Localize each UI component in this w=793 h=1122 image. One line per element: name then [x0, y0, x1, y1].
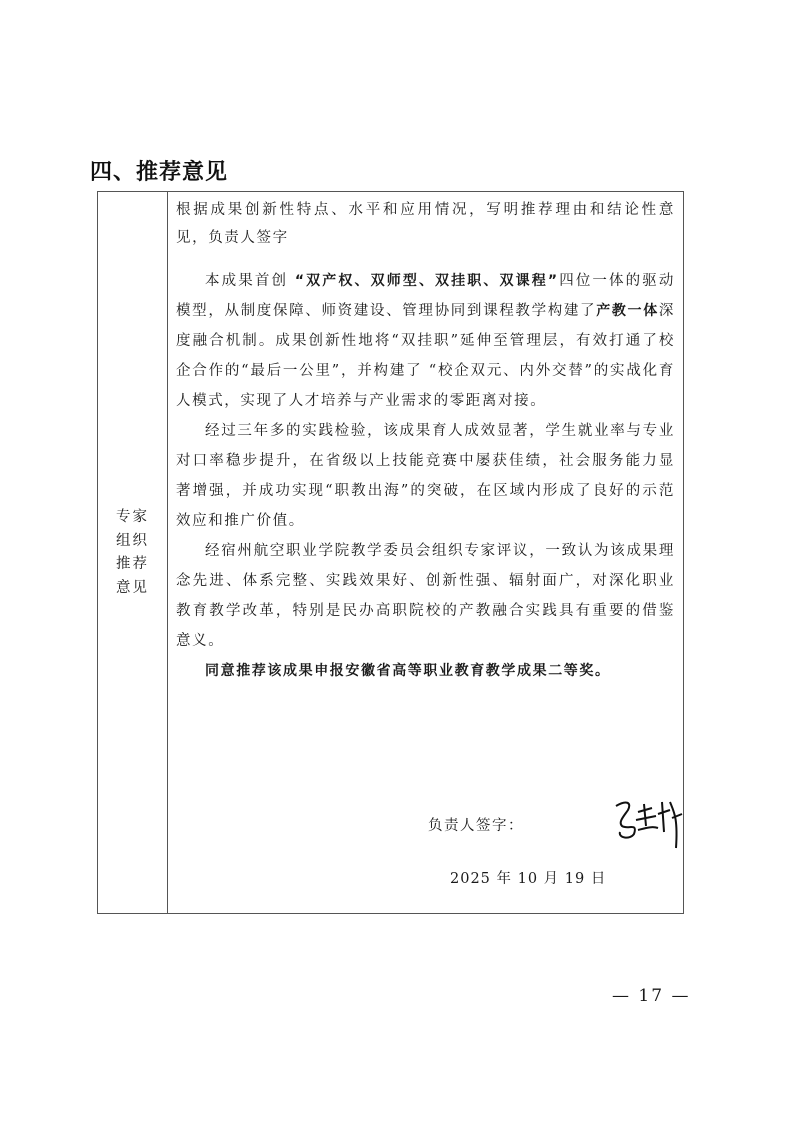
recommendation-table: 专家 组织 推荐 意见 根据成果创新性特点、水平和应用情况，写明推荐理由和结论性…: [97, 191, 684, 914]
row-label-line: 专家: [98, 506, 167, 530]
instruction-text: 根据成果创新性特点、水平和应用情况，写明推荐理由和结论性意见，负责人签字: [176, 196, 675, 252]
sign-date: 2025 年 10 月 19 日: [450, 867, 606, 888]
row-label-line: 推荐: [98, 553, 167, 577]
paragraph-1: 本成果首创 “双产权、双师型、双挂职、双课程”四位一体的驱动模型，从制度保障、师…: [176, 266, 675, 416]
bold-text: “双产权、双师型、双挂职、双课程”: [295, 273, 559, 289]
paragraph-2: 经过三年多的实践检验，该成果育人成效显著，学生就业率与专业对口率稳步提升，在省级…: [176, 416, 675, 536]
column-divider: [167, 192, 168, 913]
paragraph-3: 经宿州航空职业学院教学委员会组织专家评议，一致认为该成果理念先进、体系完整、实践…: [176, 536, 675, 656]
bold-text: 产教一体: [596, 303, 659, 319]
text-run: 本成果首创: [205, 273, 295, 289]
page-number: — 17 —: [612, 986, 690, 1006]
row-label-line: 意见: [98, 577, 167, 601]
signature-icon: [608, 792, 688, 852]
conclusion-text: 同意推荐该成果申报安徽省高等职业教育教学成果二等奖。: [205, 663, 611, 679]
recommendation-content: 根据成果创新性特点、水平和应用情况，写明推荐理由和结论性意见，负责人签字 本成果…: [176, 196, 675, 686]
row-label-line: 组织: [98, 530, 167, 554]
row-label: 专家 组织 推荐 意见: [98, 506, 167, 600]
paragraph-4: 同意推荐该成果申报安徽省高等职业教育教学成果二等奖。: [176, 656, 675, 686]
signature-label: 负责人签字：: [428, 814, 524, 835]
section-title: 四、推荐意见: [90, 155, 228, 186]
